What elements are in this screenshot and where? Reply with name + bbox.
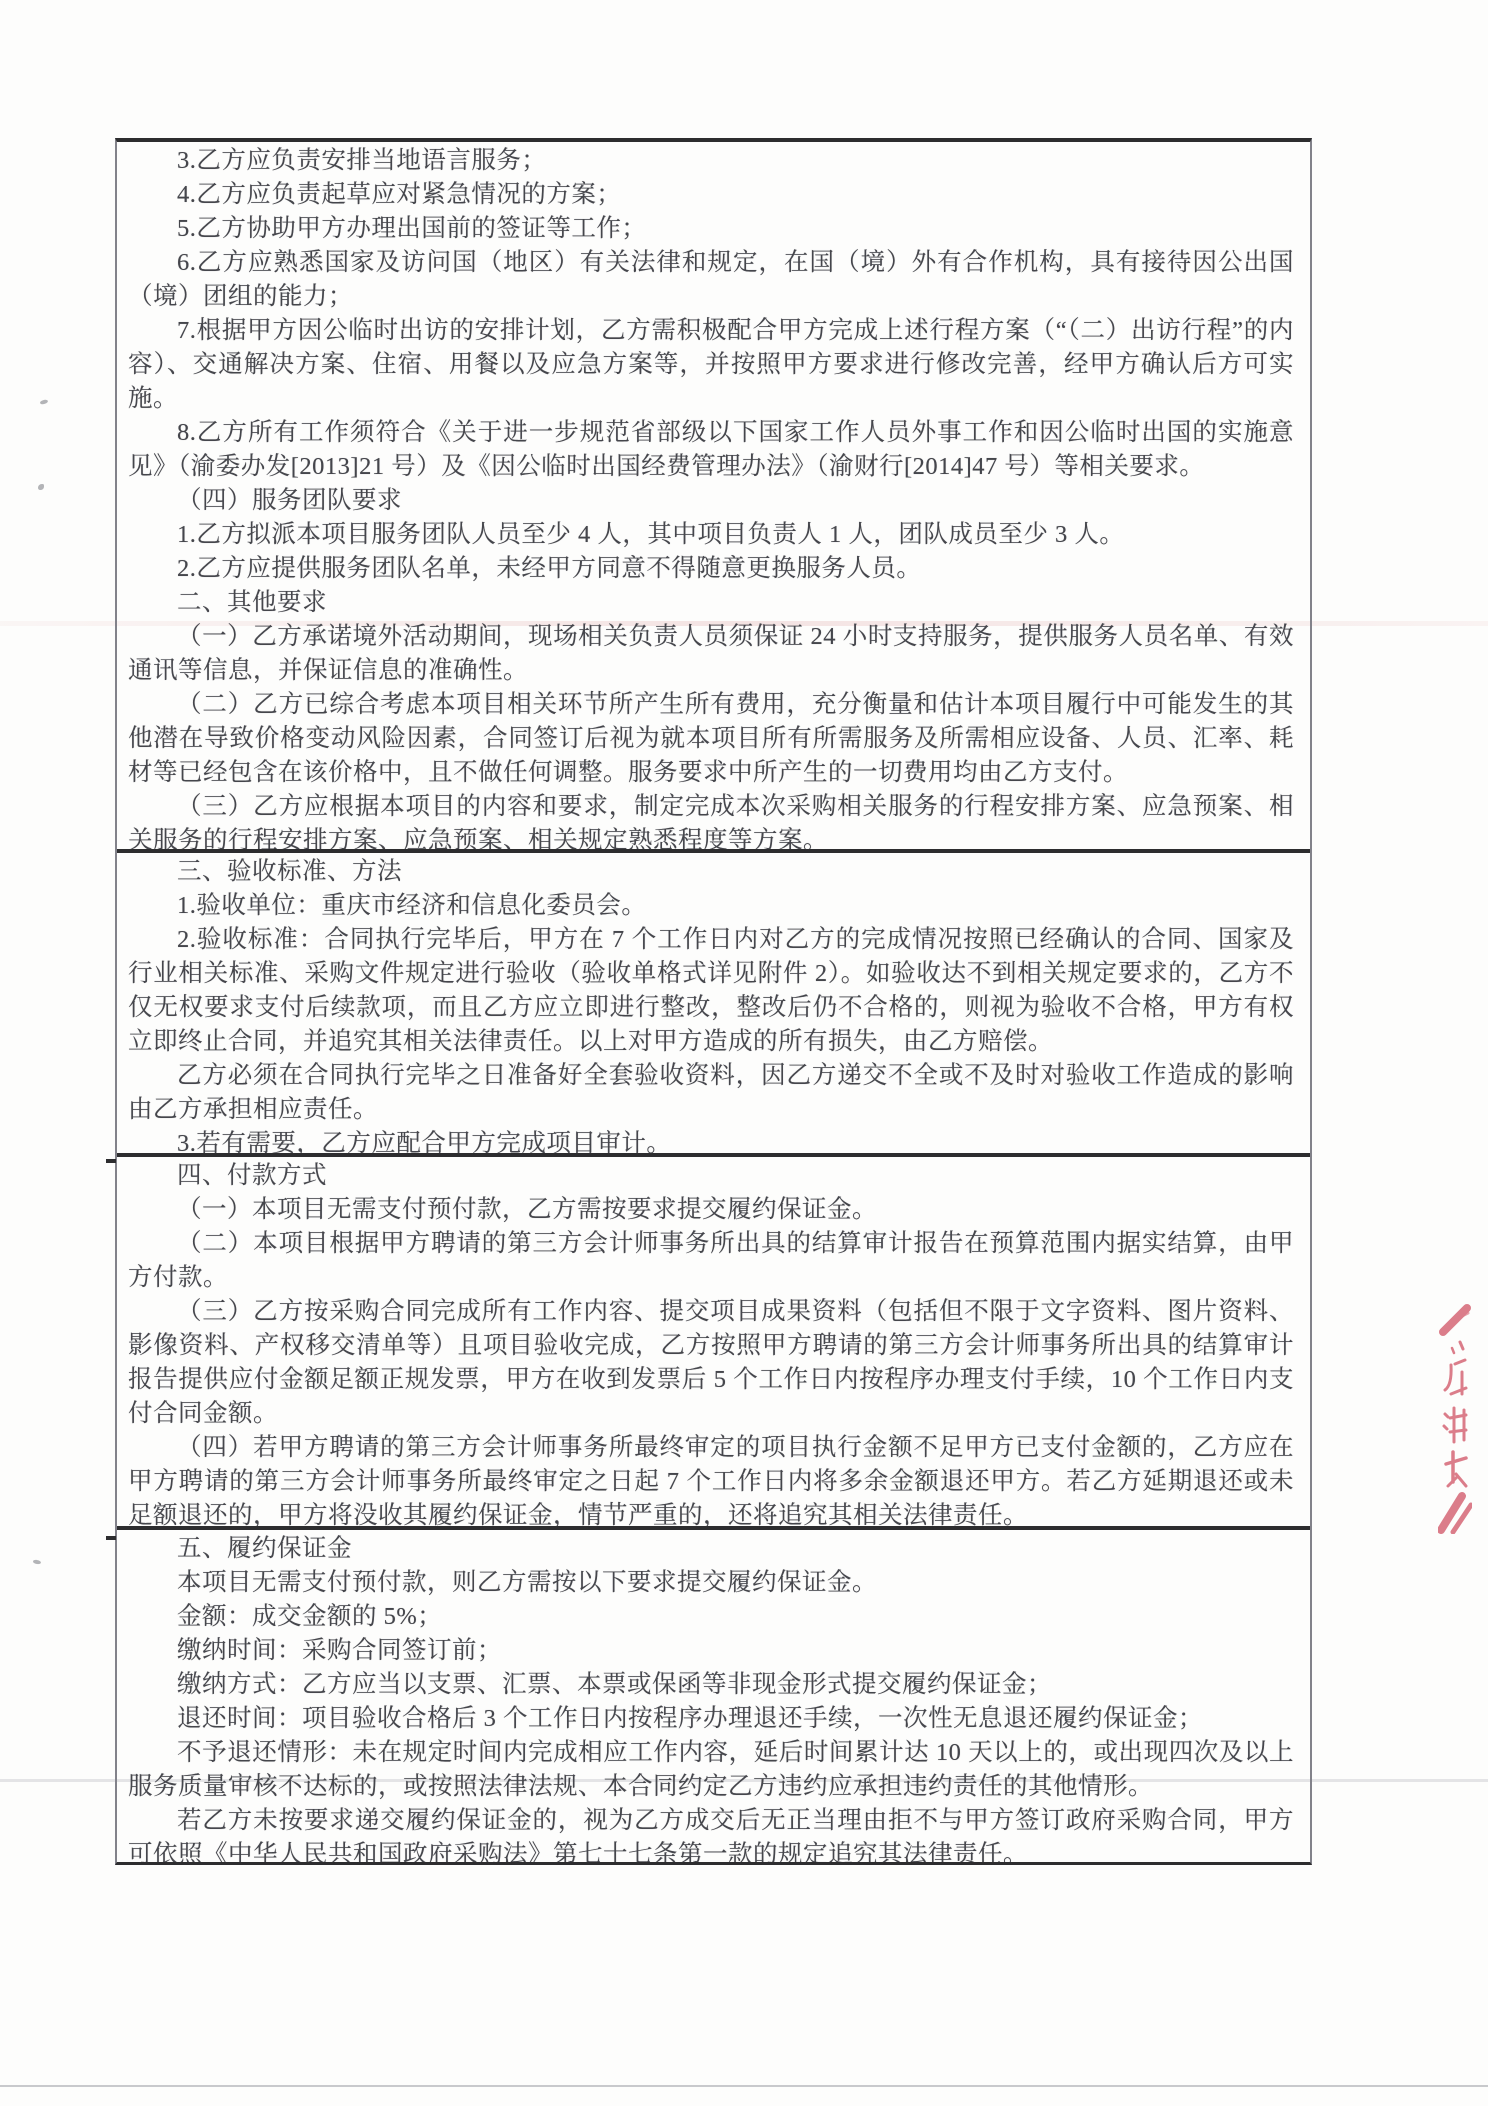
paragraph: 退还时间：项目验收合格后 3 个工作日内按程序办理退还手续，一次性无息退还履约保…: [128, 1702, 1294, 1736]
contract-terms-table: 3.乙方应负责安排当地语言服务； 4.乙方应负责起草应对紧急情况的方案； 5.乙…: [115, 138, 1312, 1865]
scan-artifact-speck: [33, 1559, 41, 1564]
paragraph: （三）乙方按采购合同完成所有工作内容、提交项目成果资料（包括但不限于文字资料、图…: [128, 1295, 1294, 1431]
paragraph: 若乙方未按要求递交履约保证金的，视为乙方成交后无正当理由拒不与甲方签订政府采购合…: [128, 1804, 1294, 1862]
table-row-payment-terms: 四、付款方式 （一）本项目无需支付预付款，乙方需按要求提交履约保证金。 （二）本…: [117, 1157, 1310, 1530]
table-row-acceptance-standards: 三、验收标准、方法 1.验收单位：重庆市经济和信息化委员会。 2.验收标准：合同…: [117, 853, 1310, 1157]
paragraph: 不予退还情形：未在规定时间内完成相应工作内容，延后时间累计达 10 天以上的，或…: [128, 1736, 1294, 1804]
paragraph: 1.验收单位：重庆市经济和信息化委员会。: [128, 889, 1294, 923]
table-rule-overhang: [106, 1159, 116, 1163]
paragraph: （一）本项目无需支付预付款，乙方需按要求提交履约保证金。: [128, 1193, 1294, 1227]
paragraph: 1.乙方拟派本项目服务团队人员至少 4 人，其中项目负责人 1 人，团队成员至少…: [128, 518, 1294, 552]
table-rule-overhang: [106, 1536, 116, 1540]
paragraph: 金额：成交金额的 5%；: [128, 1600, 1294, 1634]
scanned-document-page: 3.乙方应负责安排当地语言服务； 4.乙方应负责起草应对紧急情况的方案； 5.乙…: [0, 0, 1488, 2106]
paragraph: （二）本项目根据甲方聘请的第三方会计师事务所出具的结算审计报告在预算范围内据实结…: [128, 1227, 1294, 1295]
paragraph: （三）乙方应根据本项目的内容和要求，制定完成本次采购相关服务的行程安排方案、应急…: [128, 790, 1294, 853]
red-stamp-fragment: [1438, 1302, 1472, 1534]
paragraph: 缴纳时间：采购合同签订前；: [128, 1634, 1294, 1668]
paragraph: 3.若有需要，乙方应配合甲方完成项目审计。: [128, 1127, 1294, 1157]
section-heading: 四、付款方式: [128, 1159, 1294, 1193]
paragraph: 4.乙方应负责起草应对紧急情况的方案；: [128, 178, 1294, 212]
paragraph: 缴纳方式：乙方应当以支票、汇票、本票或保函等非现金形式提交履约保证金；: [128, 1668, 1294, 1702]
paragraph: （一）乙方承诺境外活动期间，现场相关负责人员须保证 24 小时支持服务，提供服务…: [128, 620, 1294, 688]
section-heading: （四）服务团队要求: [128, 484, 1294, 518]
section-heading: 三、验收标准、方法: [128, 855, 1294, 889]
paragraph: 2.验收标准：合同执行完毕后，甲方在 7 个工作日内对乙方的完成情况按照已经确认…: [128, 923, 1294, 1059]
paragraph: 5.乙方协助甲方办理出国前的签证等工作；: [128, 212, 1294, 246]
table-row-performance-bond: 五、履约保证金 本项目无需支付预付款，则乙方需按以下要求提交履约保证金。 金额：…: [117, 1530, 1310, 1862]
section-heading: 二、其他要求: [128, 586, 1294, 620]
paragraph: 2.乙方应提供服务团队名单，未经甲方同意不得随意更换服务人员。: [128, 552, 1294, 586]
paragraph: 8.乙方所有工作须符合《关于进一步规范省部级以下国家工作人员外事工作和因公临时出…: [128, 416, 1294, 484]
scan-artifact-speck: [40, 399, 49, 405]
paragraph: 乙方必须在合同执行完毕之日准备好全套验收资料，因乙方递交不全或不及时对验收工作造…: [128, 1059, 1294, 1127]
table-row-service-requirements-continued: 3.乙方应负责安排当地语言服务； 4.乙方应负责起草应对紧急情况的方案； 5.乙…: [117, 142, 1310, 853]
paragraph: 7.根据甲方因公临时出访的安排计划，乙方需积极配合甲方完成上述行程方案（“（二）…: [128, 314, 1294, 416]
paragraph: （二）乙方已综合考虑本项目相关环节所产生所有费用，充分衡量和估计本项目履行中可能…: [128, 688, 1294, 790]
section-heading: 五、履约保证金: [128, 1532, 1294, 1566]
scan-artifact-edge-line: [0, 2085, 1488, 2087]
paragraph: 6.乙方应熟悉国家及访问国（地区）有关法律和规定，在国（境）外有合作机构，具有接…: [128, 246, 1294, 314]
paragraph: 本项目无需支付预付款，则乙方需按以下要求提交履约保证金。: [128, 1566, 1294, 1600]
paragraph: 3.乙方应负责安排当地语言服务；: [128, 144, 1294, 178]
paragraph: （四）若甲方聘请的第三方会计师事务所最终审定的项目执行金额不足甲方已支付金额的，…: [128, 1431, 1294, 1530]
scan-artifact-speck: [38, 484, 44, 490]
